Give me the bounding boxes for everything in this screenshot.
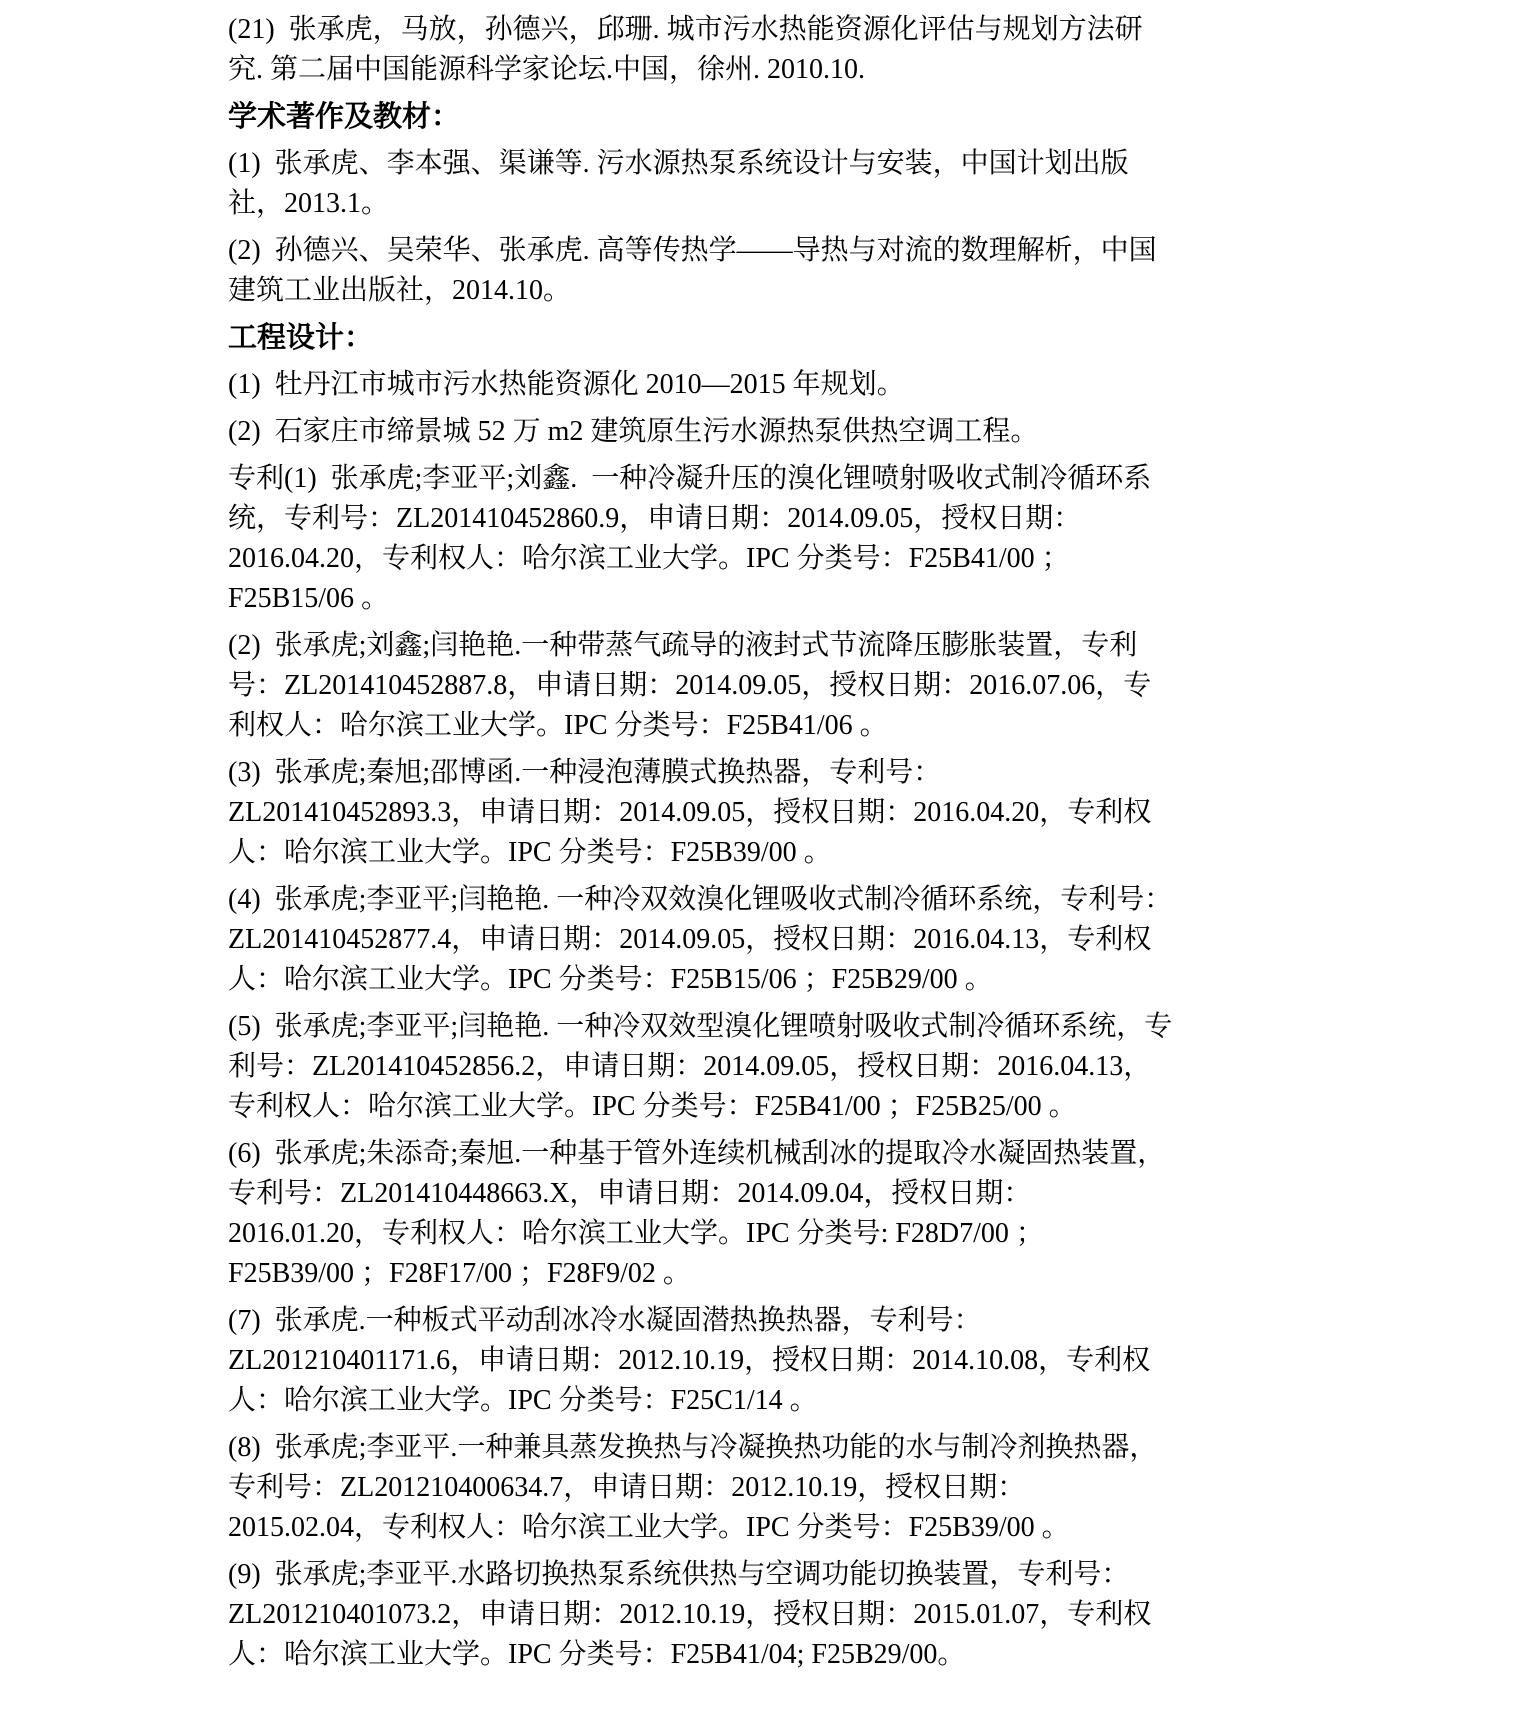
- text-line: 2015.02.04，专利权人：哈尔滨工业大学。IPC 分类号：F25B39/0…: [228, 1508, 1313, 1548]
- text-line: 人：哈尔滨工业大学。IPC 分类号：F25B15/06 ；F25B29/00 。: [228, 960, 1313, 1000]
- section-heading-academic-works: 学术著作及教材：: [228, 97, 1313, 137]
- text-line: (21) 张承虎，马放，孙德兴，邱珊. 城市污水热能资源化评估与规划方法研: [228, 10, 1313, 50]
- text-line: ZL201210401073.2，申请日期：2012.10.19，授权日期：20…: [228, 1595, 1313, 1635]
- text-line: 社，2013.1。: [228, 184, 1313, 224]
- text-line: 专利(1) 张承虎;李亚平;刘鑫. 一种冷凝升压的溴化锂喷射吸收式制冷循环系: [228, 459, 1313, 499]
- text-line: 人：哈尔滨工业大学。IPC 分类号：F25C1/14 。: [228, 1381, 1313, 1421]
- document-page: (21) 张承虎，马放，孙德兴，邱珊. 城市污水热能资源化评估与规划方法研究. …: [0, 0, 1524, 1714]
- reference-item-21: (21) 张承虎，马放，孙德兴，邱珊. 城市污水热能资源化评估与规划方法研究. …: [228, 10, 1313, 90]
- patent-item-9: (9) 张承虎;李亚平.水路切换热泵系统供热与空调功能切换装置，专利号：ZL20…: [228, 1555, 1313, 1675]
- text-line: (9) 张承虎;李亚平.水路切换热泵系统供热与空调功能切换装置，专利号：: [228, 1555, 1313, 1595]
- patent-item-8: (8) 张承虎;李亚平.一种兼具蒸发换热与冷凝换热功能的水与制冷剂换热器，专利号…: [228, 1428, 1313, 1548]
- document-content: (21) 张承虎，马放，孙德兴，邱珊. 城市污水热能资源化评估与规划方法研究. …: [228, 10, 1313, 1682]
- text-line: ZL201410452877.4，申请日期：2014.09.05，授权日期：20…: [228, 920, 1313, 960]
- section-heading-engineering-design: 工程设计：: [228, 318, 1313, 358]
- text-line: 利权人：哈尔滨工业大学。IPC 分类号：F25B41/06 。: [228, 706, 1313, 746]
- text-line: F25B15/06 。: [228, 579, 1313, 619]
- text-line: F25B39/00 ；F28F17/00 ；F28F9/02 。: [228, 1254, 1313, 1294]
- text-line: (2) 张承虎;刘鑫;闫艳艳.一种带蒸气疏导的液封式节流降压膨胀装置，专利: [228, 626, 1313, 666]
- book-item-2: (2) 孙德兴、吴荣华、张承虎. 高等传热学——导热与对流的数理解析，中国建筑工…: [228, 231, 1313, 311]
- text-line: 人：哈尔滨工业大学。IPC 分类号：F25B41/04; F25B29/00。: [228, 1635, 1313, 1675]
- text-line: 2016.01.20，专利权人：哈尔滨工业大学。IPC 分类号: F28D7/0…: [228, 1214, 1313, 1254]
- text-line: (2) 孙德兴、吴荣华、张承虎. 高等传热学——导热与对流的数理解析，中国: [228, 231, 1313, 271]
- text-line: (3) 张承虎;秦旭;邵博函.一种浸泡薄膜式换热器，专利号：: [228, 753, 1313, 793]
- patent-item-5: (5) 张承虎;李亚平;闫艳艳. 一种冷双效型溴化锂喷射吸收式制冷循环系统，专利…: [228, 1007, 1313, 1127]
- text-line: 号：ZL201410452887.8，申请日期：2014.09.05，授权日期：…: [228, 666, 1313, 706]
- text-line: (4) 张承虎;李亚平;闫艳艳. 一种冷双效溴化锂吸收式制冷循环系统，专利号：: [228, 880, 1313, 920]
- text-line: (7) 张承虎.一种板式平动刮冰冷水凝固潜热换热器，专利号：: [228, 1301, 1313, 1341]
- text-line: 2016.04.20，专利权人：哈尔滨工业大学。IPC 分类号：F25B41/0…: [228, 539, 1313, 579]
- text-line: ZL201210401171.6，申请日期：2012.10.19，授权日期：20…: [228, 1341, 1313, 1381]
- text-line: 专利权人：哈尔滨工业大学。IPC 分类号：F25B41/00 ；F25B25/0…: [228, 1087, 1313, 1127]
- text-line: (2) 石家庄市缔景城 52 万 m2 建筑原生污水源热泵供热空调工程。: [228, 412, 1313, 452]
- text-line: (1) 张承虎、李本强、渠谦等. 污水源热泵系统设计与安装，中国计划出版: [228, 144, 1313, 184]
- text-line: 利号：ZL201410452856.2，申请日期：2014.09.05，授权日期…: [228, 1047, 1313, 1087]
- engineering-item-2: (2) 石家庄市缔景城 52 万 m2 建筑原生污水源热泵供热空调工程。: [228, 412, 1313, 452]
- text-line: (8) 张承虎;李亚平.一种兼具蒸发换热与冷凝换热功能的水与制冷剂换热器，: [228, 1428, 1313, 1468]
- patent-item-2: (2) 张承虎;刘鑫;闫艳艳.一种带蒸气疏导的液封式节流降压膨胀装置，专利号：Z…: [228, 626, 1313, 746]
- patent-item-1: 专利(1) 张承虎;李亚平;刘鑫. 一种冷凝升压的溴化锂喷射吸收式制冷循环系统，…: [228, 459, 1313, 619]
- text-line: 专利号：ZL201210400634.7，申请日期：2012.10.19，授权日…: [228, 1468, 1313, 1508]
- book-item-1: (1) 张承虎、李本强、渠谦等. 污水源热泵系统设计与安装，中国计划出版社，20…: [228, 144, 1313, 224]
- patent-item-4: (4) 张承虎;李亚平;闫艳艳. 一种冷双效溴化锂吸收式制冷循环系统，专利号：Z…: [228, 880, 1313, 1000]
- text-line: ZL201410452893.3，申请日期：2014.09.05，授权日期：20…: [228, 793, 1313, 833]
- engineering-item-1: (1) 牡丹江市城市污水热能资源化 2010—2015 年规划。: [228, 365, 1313, 405]
- text-line: 专利号：ZL201410448663.X，申请日期：2014.09.04，授权日…: [228, 1174, 1313, 1214]
- text-line: 究. 第二届中国能源科学家论坛.中国，徐州. 2010.10.: [228, 50, 1313, 90]
- text-line: 人：哈尔滨工业大学。IPC 分类号：F25B39/00 。: [228, 833, 1313, 873]
- text-line: (6) 张承虎;朱添奇;秦旭.一种基于管外连续机械刮冰的提取冷水凝固热装置，: [228, 1134, 1313, 1174]
- patent-item-6: (6) 张承虎;朱添奇;秦旭.一种基于管外连续机械刮冰的提取冷水凝固热装置，专利…: [228, 1134, 1313, 1294]
- patent-item-3: (3) 张承虎;秦旭;邵博函.一种浸泡薄膜式换热器，专利号：ZL20141045…: [228, 753, 1313, 873]
- text-line: 建筑工业出版社，2014.10。: [228, 271, 1313, 311]
- patent-item-7: (7) 张承虎.一种板式平动刮冰冷水凝固潜热换热器，专利号：ZL20121040…: [228, 1301, 1313, 1421]
- text-line: 统，专利号：ZL201410452860.9，申请日期：2014.09.05，授…: [228, 499, 1313, 539]
- text-line: (1) 牡丹江市城市污水热能资源化 2010—2015 年规划。: [228, 365, 1313, 405]
- text-line: (5) 张承虎;李亚平;闫艳艳. 一种冷双效型溴化锂喷射吸收式制冷循环系统，专: [228, 1007, 1313, 1047]
